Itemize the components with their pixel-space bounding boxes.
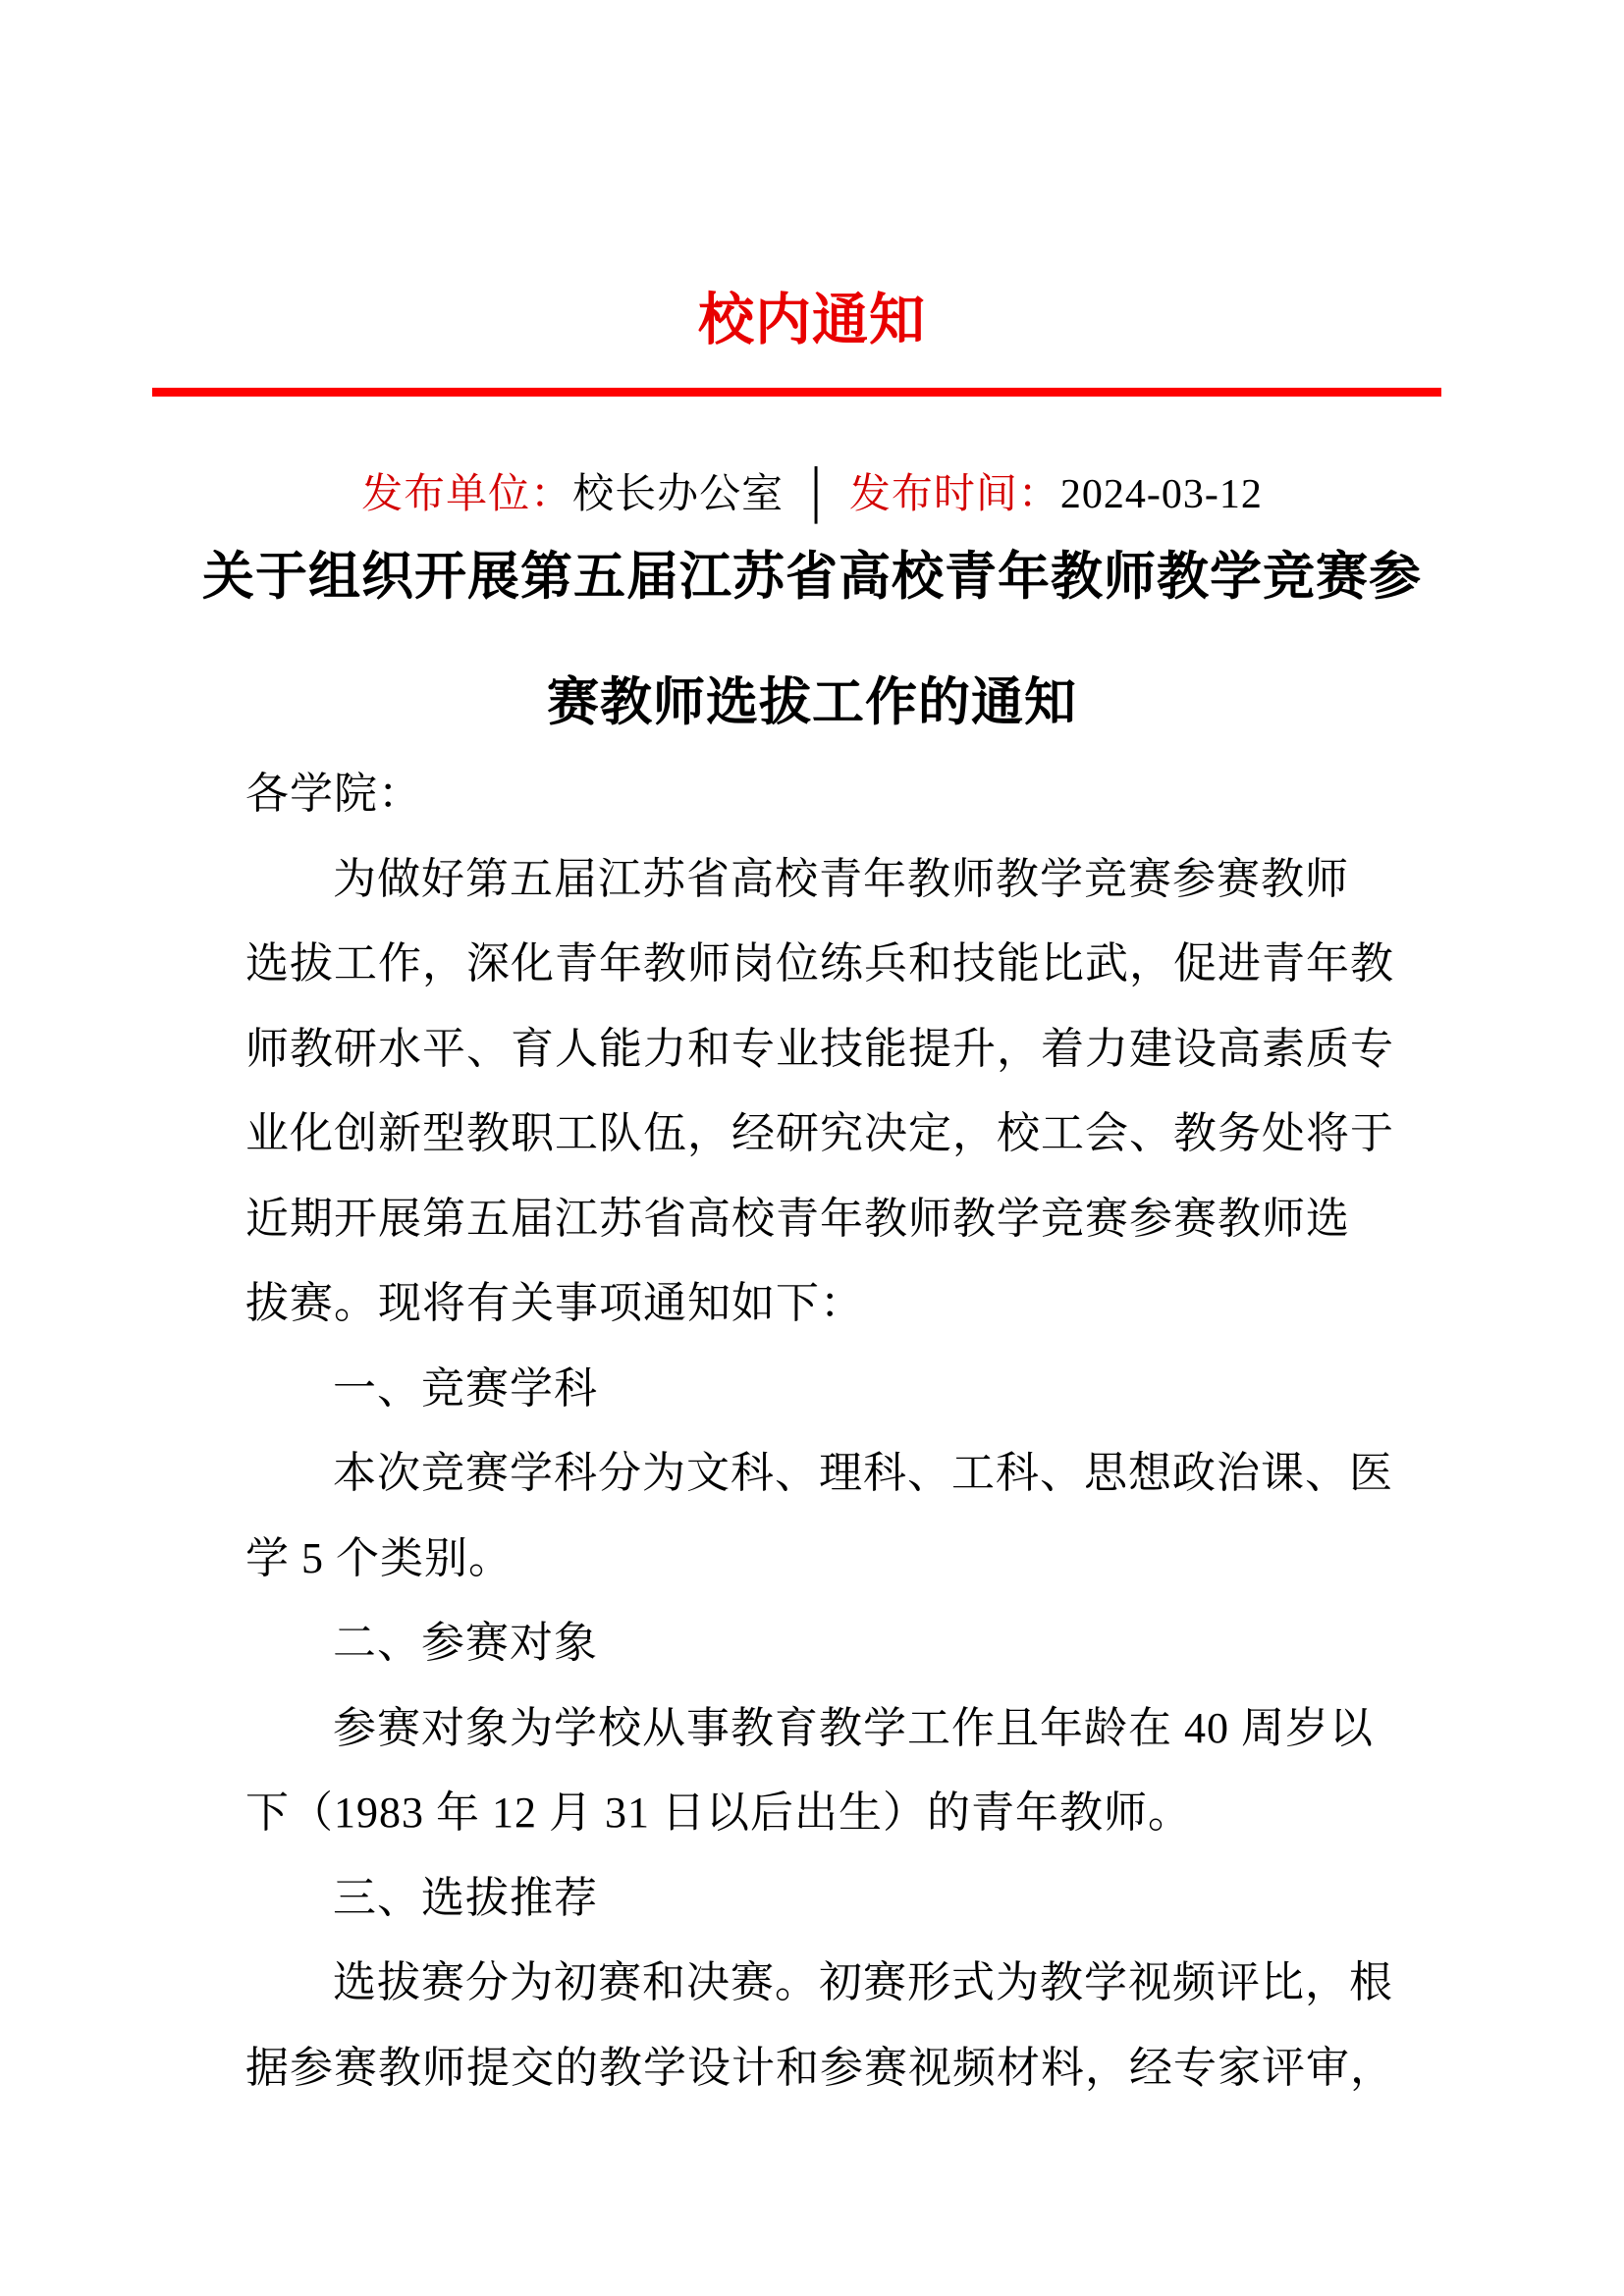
banner-title: 校内通知 xyxy=(0,291,1624,351)
body-line: 二、参赛对象 xyxy=(245,1601,1384,1686)
body-line: 为做好第五届江苏省高校青年教师教学竞赛参赛教师 xyxy=(245,837,1384,923)
body-line: 业化创新型教职工队伍，经研究决定，校工会、教务处将于 xyxy=(245,1092,1384,1177)
notice-body: 各学院：为做好第五届江苏省高校青年教师教学竞赛参赛教师选拔工作，深化青年教师岗位… xyxy=(245,752,1384,2110)
meta-time-value: 2024-03-12 xyxy=(1060,472,1263,517)
body-line: 学 5 个类别。 xyxy=(245,1517,1384,1602)
meta-time-label: 发布时间： xyxy=(849,472,1060,517)
body-line: 据参赛教师提交的教学设计和参赛视频材料，经专家评审， xyxy=(245,2026,1384,2111)
body-line: 选拔赛分为初赛和决赛。初赛形式为教学视频评比，根 xyxy=(245,1941,1384,2026)
notice-title-line1: 关于组织开展第五届江苏省高校青年教师教学竞赛参 xyxy=(88,514,1536,640)
body-line: 选拔工作，深化青年教师岗位练兵和技能比武，促进青年教 xyxy=(245,922,1384,1007)
meta-unit-value: 校长办公室 xyxy=(572,472,784,517)
body-line: 近期开展第五届江苏省高校青年教师教学竞赛参赛教师选 xyxy=(245,1177,1384,1262)
body-line: 各学院： xyxy=(245,752,1384,837)
body-line: 下（1983 年 12 月 31 日以后出生）的青年教师。 xyxy=(245,1771,1384,1856)
notice-title: 关于组织开展第五届江苏省高校青年教师教学竞赛参 赛教师选拔工作的通知 xyxy=(88,514,1536,766)
notice-page: 校内通知 发布单位：校长办公室│发布时间：2024-03-12 关于组织开展第五… xyxy=(0,0,1624,2296)
meta-unit-label: 发布单位： xyxy=(361,472,572,517)
red-divider-rule xyxy=(152,388,1441,397)
notice-title-line2: 赛教师选拔工作的通知 xyxy=(88,640,1536,766)
body-line: 拔赛。现将有关事项通知如下： xyxy=(245,1261,1384,1347)
body-line: 本次竞赛学科分为文科、理科、工科、思想政治课、医 xyxy=(245,1431,1384,1517)
body-line: 三、选拔推荐 xyxy=(245,1856,1384,1942)
body-line: 参赛对象为学校从事教育教学工作且年龄在 40 周岁以 xyxy=(245,1686,1384,1772)
meta-row: 发布单位：校长办公室│发布时间：2024-03-12 xyxy=(0,471,1624,518)
body-line: 一、竞赛学科 xyxy=(245,1347,1384,1432)
body-line: 师教研水平、育人能力和专业技能提升，着力建设高素质专 xyxy=(245,1007,1384,1093)
